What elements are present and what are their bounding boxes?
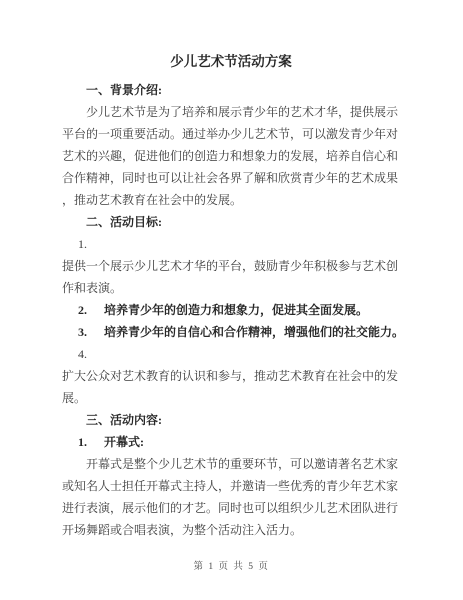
- contents-paragraph-line: 或知名人士担任开幕式主持人，并邀请一些优秀的青少年艺术家: [62, 475, 400, 497]
- list-number: 1.: [78, 233, 104, 255]
- goals-item-3-text: 培养青少年的自信心和合作精神，增强他们的社交能力。: [104, 325, 404, 339]
- goals-item-1-line: 提供一个展示少儿艺术才华的平台，鼓励青少年积极参与艺术创: [62, 255, 400, 277]
- list-number: 3.: [78, 321, 104, 343]
- goals-item-1-number-line: 1.: [62, 233, 400, 255]
- background-paragraph-line: 少儿艺术节是为了培养和展示青少年的艺术才华，提供展示: [62, 101, 400, 123]
- goals-item-2-text: 培养青少年的创造力和想象力，促进其全面发展。: [104, 303, 368, 317]
- background-paragraph-line: ，推动艺术教育在社会中的发展。: [62, 189, 400, 211]
- section-heading-goals: 二、活动目标:: [62, 211, 400, 233]
- list-number: 4.: [78, 343, 104, 365]
- contents-paragraph-line: 进行表演，展示他们的才艺。同时也可以组织少儿艺术团队进行: [62, 497, 400, 519]
- list-number: 2.: [78, 299, 104, 321]
- section-heading-background: 一、背景介绍:: [62, 79, 400, 101]
- document-title: 少儿艺术节活动方案: [62, 51, 400, 73]
- background-paragraph-line: 合作精神，同时也可以让社会各界了解和欣赏青少年的艺术成果: [62, 167, 400, 189]
- background-paragraph-line: 平台的一项重要活动。通过举办少儿艺术节，可以激发青少年对: [62, 123, 400, 145]
- contents-paragraph-line: 开幕式是整个少儿艺术节的重要环节，可以邀请著名艺术家: [62, 453, 400, 475]
- goals-item-3: 3.培养青少年的自信心和合作精神，增强他们的社交能力。: [62, 321, 400, 343]
- goals-item-2: 2.培养青少年的创造力和想象力，促进其全面发展。: [62, 299, 400, 321]
- goals-item-1-line: 作和表演。: [62, 277, 400, 299]
- background-paragraph-line: 艺术的兴趣，促进他们的创造力和想象力的发展，培养自信心和: [62, 145, 400, 167]
- page-number-indicator: 第 1 页 共 5 页: [0, 558, 463, 572]
- goals-item-4-line: 扩大公众对艺术教育的认识和参与，推动艺术教育在社会中的发: [62, 365, 400, 387]
- goals-item-4-line: 展。: [62, 387, 400, 409]
- contents-item-1-title: 开幕式:: [104, 435, 144, 449]
- section-heading-contents: 三、活动内容:: [62, 409, 400, 431]
- document-page: 少儿艺术节活动方案 一、背景介绍: 少儿艺术节是为了培养和展示青少年的艺术才华，…: [0, 0, 463, 600]
- list-number: 1.: [78, 431, 104, 453]
- goals-item-4-number-line: 4.: [62, 343, 400, 365]
- contents-item-1-heading: 1.开幕式:: [62, 431, 400, 453]
- contents-paragraph-line: 开场舞蹈或合唱表演，为整个活动注入活力。: [62, 519, 400, 541]
- document-body: 少儿艺术节活动方案 一、背景介绍: 少儿艺术节是为了培养和展示青少年的艺术才华，…: [62, 51, 400, 541]
